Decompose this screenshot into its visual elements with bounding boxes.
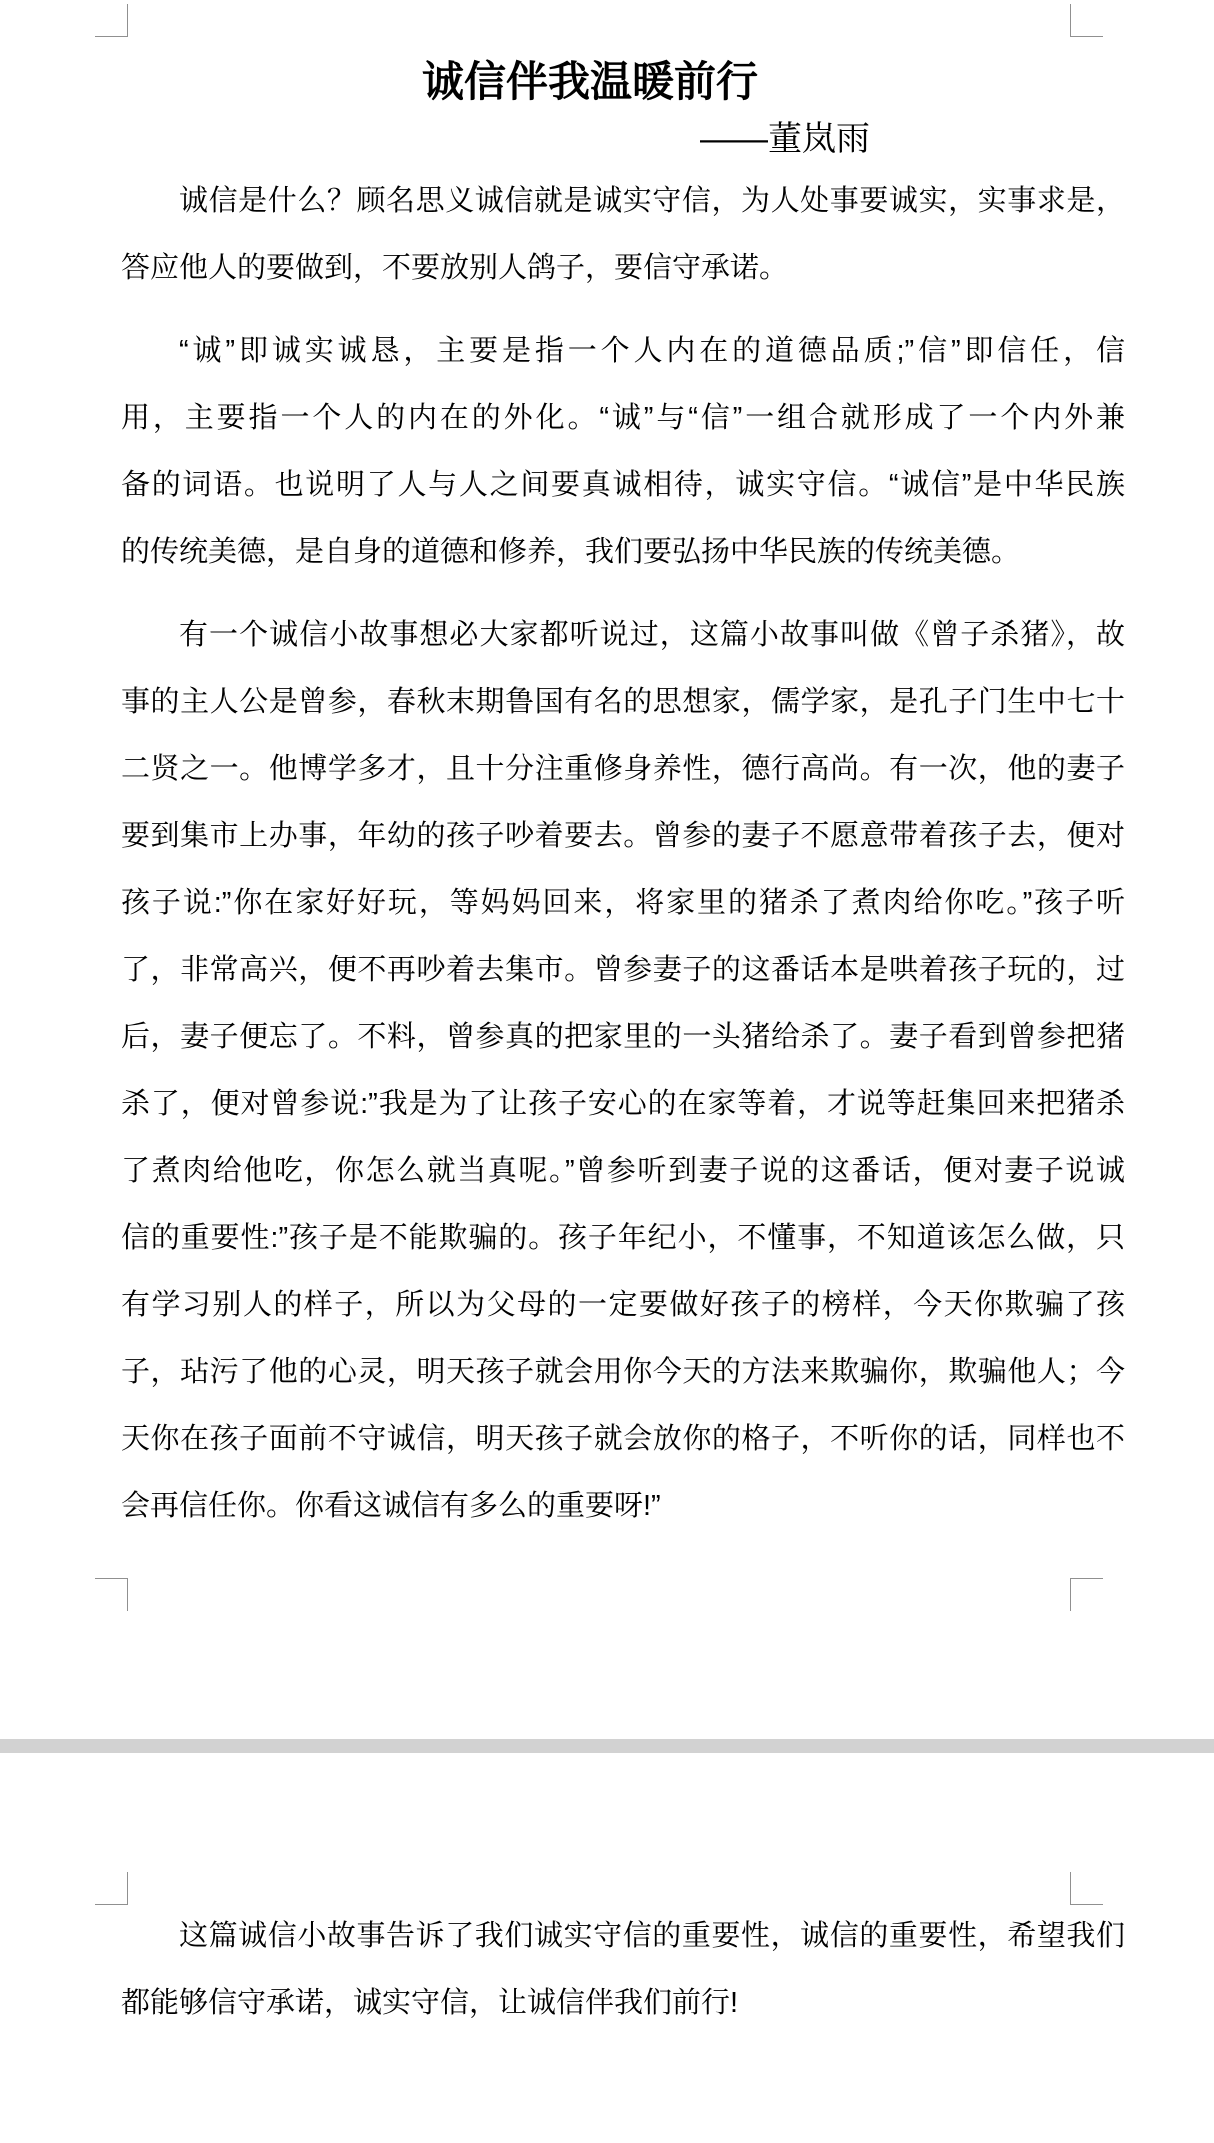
text-line[interactable]: “诚”即诚实诚恳，主要是指一个人内在的道德品质;”信”即信任，信 bbox=[121, 318, 1125, 385]
byline[interactable]: ——董岚雨 bbox=[121, 116, 1125, 162]
document-viewport: 诚信伴我温暖前行 ——董岚雨 诚信是什么？顾名思义诚信就是诚实守信，为人处事要诚… bbox=[0, 0, 1214, 2143]
page-break-gap bbox=[0, 1739, 1214, 1753]
margin-mark-top-left bbox=[95, 1872, 128, 1905]
text-line[interactable]: 信的重要性:”孩子是不能欺骗的。孩子年纪小，不懂事，不知道该怎么做，只 bbox=[121, 1205, 1125, 1272]
text-line[interactable]: 子，玷污了他的心灵，明天孩子就会用你今天的方法来欺骗你，欺骗他人；今 bbox=[121, 1339, 1125, 1406]
text-line[interactable]: 了煮肉给他吃，你怎么就当真呢。”曾参听到妻子说的这番话，便对妻子说诚 bbox=[121, 1138, 1125, 1205]
text-line[interactable]: 了，非常高兴，便不再吵着去集市。曾参妻子的这番话本是哄着孩子玩的，过 bbox=[121, 937, 1125, 1004]
text-line[interactable]: 这篇诚信小故事告诉了我们诚实守信的重要性，诚信的重要性，希望我们 bbox=[121, 1903, 1125, 1970]
text-line[interactable]: 都能够信守承诺，诚实守信，让诚信伴我们前行! bbox=[121, 1970, 1125, 2037]
text-line[interactable]: 诚信是什么？顾名思义诚信就是诚实守信，为人处事要诚实，实事求是， bbox=[121, 168, 1125, 235]
text-line[interactable]: 用，主要指一个人的内在的外化。“诚”与“信”一组合就形成了一个内外兼 bbox=[121, 385, 1125, 452]
paragraph-1[interactable]: 诚信是什么？顾名思义诚信就是诚实守信，为人处事要诚实，实事求是， 答应他人的要做… bbox=[121, 168, 1125, 302]
text-line[interactable]: 备的词语。也说明了人与人之间要真诚相待，诚实守信。“诚信”是中华民族 bbox=[121, 452, 1125, 519]
text-line[interactable]: 有一个诚信小故事想必大家都听说过，这篇小故事叫做《曾子杀猪》，故 bbox=[121, 602, 1125, 669]
text-line[interactable]: 事的主人公是曾参，春秋末期鲁国有名的思想家，儒学家，是孔子门生中七十 bbox=[121, 669, 1125, 736]
margin-mark-top-right bbox=[1070, 1872, 1103, 1905]
text-line[interactable]: 孩子说:”你在家好好玩，等妈妈回来，将家里的猪杀了煮肉给你吃。”孩子听 bbox=[121, 870, 1125, 937]
page-2[interactable]: 这篇诚信小故事告诉了我们诚实守信的重要性，诚信的重要性，希望我们 都能够信守承诺… bbox=[0, 1753, 1214, 2143]
text-line[interactable]: 有学习别人的样子，所以为父母的一定要做好孩子的榜样，今天你欺骗了孩 bbox=[121, 1272, 1125, 1339]
margin-mark-bottom-right bbox=[1070, 1578, 1103, 1611]
text-line[interactable]: 杀了，便对曾参说:”我是为了让孩子安心的在家等着，才说等赶集回来把猪杀 bbox=[121, 1071, 1125, 1138]
margin-mark-top-right bbox=[1070, 4, 1103, 37]
margin-mark-bottom-left bbox=[95, 1578, 128, 1611]
text-line[interactable]: 二贤之一。他博学多才，且十分注重修身养性，德行高尚。有一次，他的妻子 bbox=[121, 736, 1125, 803]
text-line[interactable]: 答应他人的要做到，不要放别人鸽子，要信守承诺。 bbox=[121, 235, 1125, 302]
margin-mark-top-left bbox=[95, 4, 128, 37]
page-1[interactable]: 诚信伴我温暖前行 ——董岚雨 诚信是什么？顾名思义诚信就是诚实守信，为人处事要诚… bbox=[0, 0, 1214, 1739]
paragraph-4[interactable]: 这篇诚信小故事告诉了我们诚实守信的重要性，诚信的重要性，希望我们 都能够信守承诺… bbox=[121, 1903, 1125, 2037]
text-line[interactable]: 要到集市上办事，年幼的孩子吵着要去。曾参的妻子不愿意带着孩子去，便对 bbox=[121, 803, 1125, 870]
paragraph-2[interactable]: “诚”即诚实诚恳，主要是指一个人内在的道德品质;”信”即信任，信 用，主要指一个… bbox=[121, 318, 1125, 586]
text-line[interactable]: 会再信任你。你看这诚信有多么的重要呀!” bbox=[121, 1473, 1125, 1540]
paragraph-3[interactable]: 有一个诚信小故事想必大家都听说过，这篇小故事叫做《曾子杀猪》，故 事的主人公是曾… bbox=[121, 602, 1125, 1540]
text-line[interactable]: 的传统美德，是自身的道德和修养，我们要弘扬中华民族的传统美德。 bbox=[121, 519, 1125, 586]
document-title[interactable]: 诚信伴我温暖前行 bbox=[121, 54, 1125, 110]
text-line[interactable]: 天你在孩子面前不守诚信，明天孩子就会放你的格子，不听你的话，同样也不 bbox=[121, 1406, 1125, 1473]
text-line[interactable]: 后，妻子便忘了。不料，曾参真的把家里的一头猪给杀了。妻子看到曾参把猪 bbox=[121, 1004, 1125, 1071]
